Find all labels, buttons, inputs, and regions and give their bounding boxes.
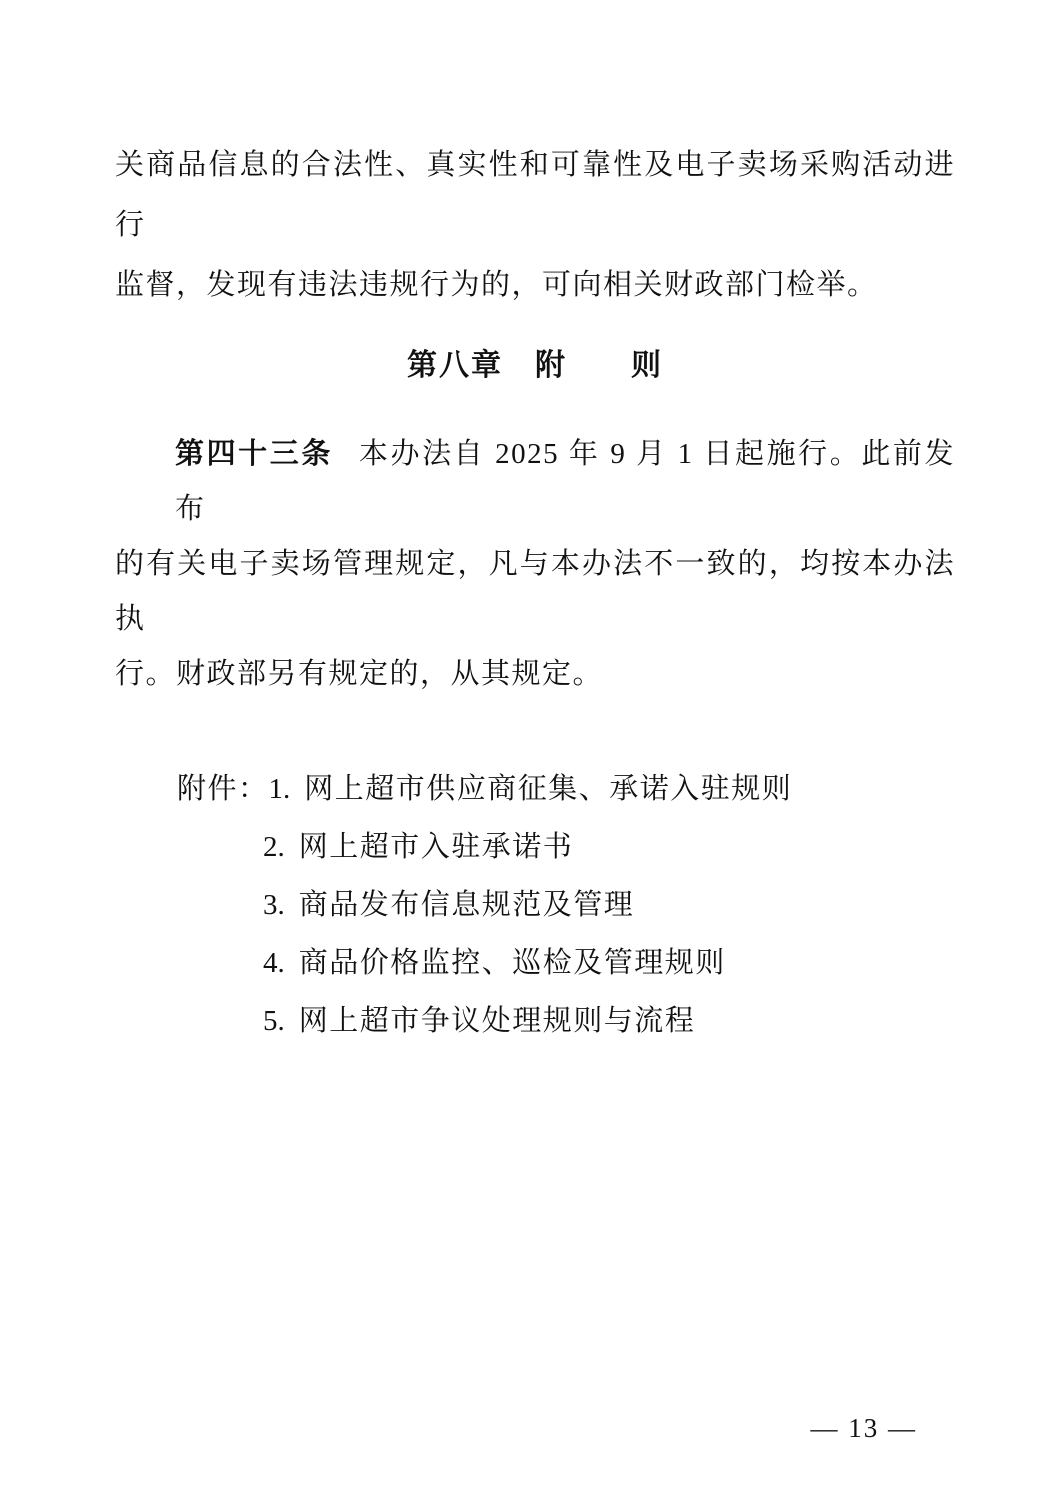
attachments-list: 附件： 1. 网上超市供应商征集、承诺入驻规则 2. 网上超市入驻承诺书 3. … xyxy=(115,760,955,1050)
attachment-item: 3. 商品发布信息规范及管理 xyxy=(115,876,955,934)
attachment-title: 网上超市争议处理规则与流程 xyxy=(299,992,696,1050)
attachment-number: 1. xyxy=(269,760,291,818)
attachment-title: 网上超市入驻承诺书 xyxy=(299,818,574,876)
attachment-number: 5. xyxy=(115,992,285,1050)
chapter-heading: 第八章 附 则 xyxy=(115,337,955,395)
article-number-label: 第四十三条 xyxy=(175,438,333,470)
attachment-title: 商品发布信息规范及管理 xyxy=(299,876,635,934)
text-column: 关商品信息的合法性、真实性和可靠性及电子卖场采购活动进行 监督，发现有违法违规行… xyxy=(115,135,955,1050)
article-paragraph: 第四十三条本办法自 2025 年 9 月 1 日起施行。此前发布 的有关电子卖场… xyxy=(115,427,955,702)
paragraph-line: 监督，发现有违法违规行为的，可向相关财政部门检举。 xyxy=(115,255,955,315)
attachment-number: 3. xyxy=(115,876,285,934)
article-line: 行。财政部另有规定的，从其规定。 xyxy=(115,647,955,702)
document-page: 关商品信息的合法性、真实性和可靠性及电子卖场采购活动进行 监督，发现有违法违规行… xyxy=(0,0,1063,1507)
attachment-title: 网上超市供应商征集、承诺入驻规则 xyxy=(304,760,792,818)
article-line: 的有关电子卖场管理规定，凡与本办法不一致的，均按本办法执 xyxy=(115,537,955,647)
page-number: — 13 — xyxy=(811,1408,918,1448)
attachment-item: 附件： 1. 网上超市供应商征集、承诺入驻规则 xyxy=(115,760,955,818)
attachment-number: 4. xyxy=(115,934,285,992)
article-line: 第四十三条本办法自 2025 年 9 月 1 日起施行。此前发布 xyxy=(115,427,955,537)
paragraph-line: 关商品信息的合法性、真实性和可靠性及电子卖场采购活动进行 xyxy=(115,135,955,255)
paragraph-continuation: 关商品信息的合法性、真实性和可靠性及电子卖场采购活动进行 监督，发现有违法违规行… xyxy=(115,135,955,315)
attachment-title: 商品价格监控、巡检及管理规则 xyxy=(299,934,726,992)
attachments-label: 附件： xyxy=(115,760,269,818)
attachment-item: 2. 网上超市入驻承诺书 xyxy=(115,818,955,876)
attachment-item: 4. 商品价格监控、巡检及管理规则 xyxy=(115,934,955,992)
attachment-item: 5. 网上超市争议处理规则与流程 xyxy=(115,992,955,1050)
attachment-number: 2. xyxy=(115,818,285,876)
